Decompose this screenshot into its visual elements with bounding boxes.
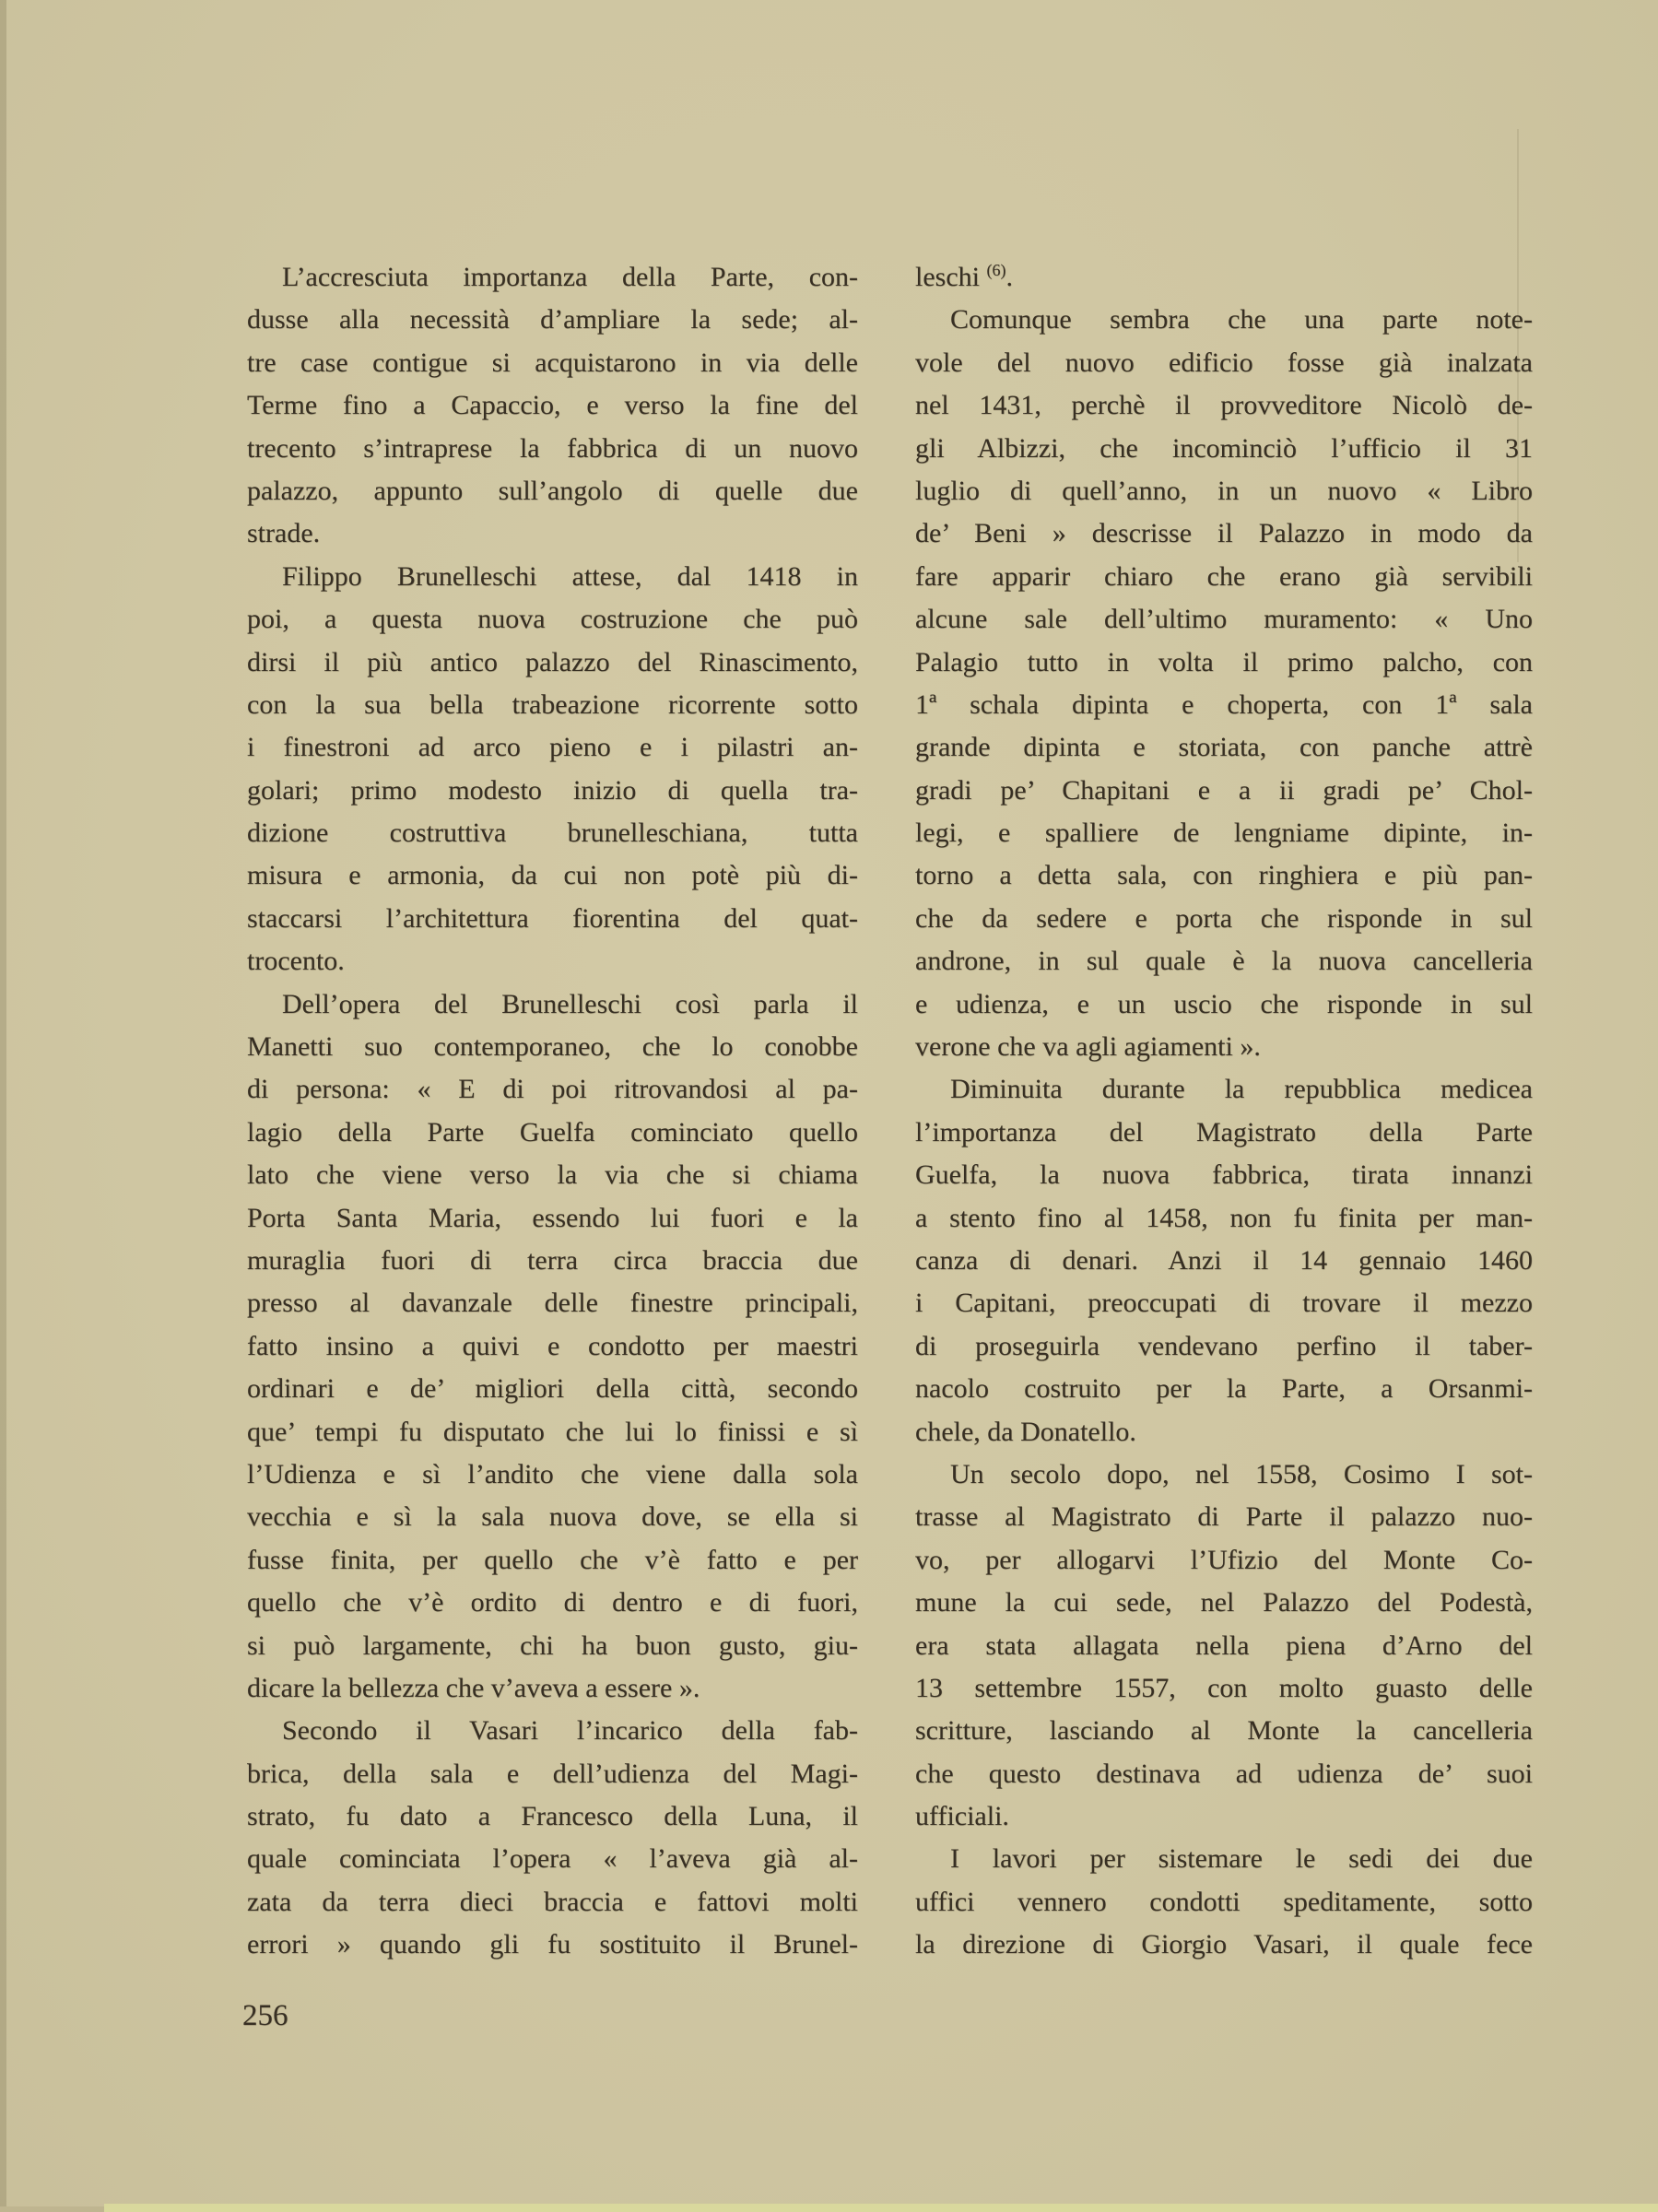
text-line: i finestroni ad arco pieno e i pilastri … (247, 726, 858, 769)
text-line: si può largamente, chi ha buon gusto, gi… (247, 1625, 858, 1667)
text-line: e udienza, e un uscio che risponde in su… (915, 983, 1533, 1026)
text-line: fare apparir chiaro che erano già servib… (915, 556, 1533, 598)
text-line: legi, e spalliere de lengniame dipinte, … (915, 812, 1533, 854)
text-line: trecento s’intraprese la fabbrica di un … (247, 428, 858, 470)
text-line: I lavori per sistemare le sedi dei due (915, 1838, 1533, 1880)
text-column-left: L’accresciuta importanza della Parte, co… (247, 256, 858, 1967)
text-line: fusse finita, per quello che v’è fatto e… (247, 1539, 858, 1582)
text-line: lagio della Parte Guelfa cominciato quel… (247, 1112, 858, 1154)
page-left-edge-shadow (0, 0, 6, 2212)
text-line: poi, a questa nuova costruzione che può (247, 598, 858, 641)
text-line: Porta Santa Maria, essendo lui fuori e l… (247, 1197, 858, 1240)
text-line: Comunque sembra che una parte note- (915, 299, 1533, 341)
text-line: a stento fino al 1458, non fu finita per… (915, 1197, 1533, 1240)
text-line: gli Albizzi, che incominciò l’ufficio il… (915, 428, 1533, 470)
text-line: Un secolo dopo, nel 1558, Cosimo I sot- (915, 1453, 1533, 1496)
text-line: strato, fu dato a Francesco della Luna, … (247, 1795, 858, 1838)
text-line: fatto insino a quivi e condotto per maes… (247, 1325, 858, 1368)
text-line: misura e armonia, da cui non potè più di… (247, 854, 858, 897)
text-line: que’ tempi fu disputato che lui lo finis… (247, 1411, 858, 1453)
text-line: golari; primo modesto inizio di quella t… (247, 770, 858, 812)
page-number: 256 (242, 1997, 288, 2034)
text-line: alcune sale dell’ultimo muramento: « Uno (915, 598, 1533, 641)
text-line: zata da terra dieci braccia e fattovi mo… (247, 1881, 858, 1924)
text-line: quale cominciata l’opera « l’aveva già a… (247, 1838, 858, 1880)
text-line: scritture, lasciando al Monte la cancell… (915, 1710, 1533, 1752)
text-line: di persona: « E di poi ritrovandosi al p… (247, 1068, 858, 1111)
text-line: staccarsi l’architettura fiorentina del … (247, 898, 858, 940)
text-line: Filippo Brunelleschi attese, dal 1418 in (247, 556, 858, 598)
text-line: grande dipinta e storiata, con panche at… (915, 726, 1533, 769)
text-line: vo, per allogarvi l’Ufizio del Monte Co- (915, 1539, 1533, 1582)
text-line: palazzo, appunto sull’angolo di quelle d… (247, 470, 858, 512)
bottom-edge-strip (104, 2204, 1658, 2212)
text-line: Guelfa, la nuova fabbrica, tirata innanz… (915, 1154, 1533, 1196)
text-line: quello che v’è ordito di dentro e di fuo… (247, 1582, 858, 1624)
text-line: nel 1431, perchè il provveditore Nicolò … (915, 384, 1533, 427)
text-line: torno a detta sala, con ringhiera e più … (915, 854, 1533, 897)
text-line: de’ Beni » descrisse il Palazzo in modo … (915, 512, 1533, 555)
text-line: era stata allagata nella piena d’Arno de… (915, 1625, 1533, 1667)
text-line: vecchia e sì la sala nuova dove, se ella… (247, 1496, 858, 1538)
text-line: dicare la bellezza che v’aveva a essere … (247, 1667, 858, 1710)
text-line: leschi (6). (915, 256, 1533, 299)
text-line: la direzione di Giorgio Vasari, il quale… (915, 1924, 1533, 1966)
text-line: androne, in sul quale è la nuova cancell… (915, 940, 1533, 982)
text-line: brica, della sala e dell’udienza del Mag… (247, 1753, 858, 1795)
text-line: presso al davanzale delle finestre princ… (247, 1282, 858, 1324)
text-line: muraglia fuori di terra circa braccia du… (247, 1240, 858, 1282)
text-line: uffici vennero condotti speditamente, so… (915, 1881, 1533, 1924)
text-line: ordinari e de’ migliori della città, sec… (247, 1368, 858, 1410)
text-line: Diminuita durante la repubblica medicea (915, 1068, 1533, 1111)
text-line: strade. (247, 512, 858, 555)
bottom-edge-corner (0, 2206, 104, 2212)
book-page-scan: L’accresciuta importanza della Parte, co… (0, 0, 1658, 2212)
text-line: l’Udienza e sì l’andito che viene dalla … (247, 1453, 858, 1496)
text-line: l’importanza del Magistrato della Parte (915, 1112, 1533, 1154)
text-line: chele, da Donatello. (915, 1411, 1533, 1453)
text-line: verone che va agli agiamenti ». (915, 1026, 1533, 1068)
text-line: che da sedere e porta che risponde in su… (915, 898, 1533, 940)
text-line: i Capitani, preoccupati di trovare il me… (915, 1282, 1533, 1324)
text-line: mune la cui sede, nel Palazzo del Podest… (915, 1582, 1533, 1624)
text-line: nacolo costruito per la Parte, a Orsanmi… (915, 1368, 1533, 1410)
text-line: trasse al Magistrato di Parte il palazzo… (915, 1496, 1533, 1538)
text-line: Dell’opera del Brunelleschi così parla i… (247, 983, 858, 1026)
text-line: trocento. (247, 940, 858, 982)
text-line: dirsi il più antico palazzo del Rinascim… (247, 641, 858, 684)
text-line: tre case contigue si acquistarono in via… (247, 342, 858, 384)
text-line: 13 settembre 1557, con molto guasto dell… (915, 1667, 1533, 1710)
text-line: vole del nuovo edificio fosse già inalza… (915, 342, 1533, 384)
text-line: dizione costruttiva brunelleschiana, tut… (247, 812, 858, 854)
text-line: Palagio tutto in volta il primo palcho, … (915, 641, 1533, 684)
text-line: di proseguirla vendevano perfino il tabe… (915, 1325, 1533, 1368)
text-line: errori » quando gli fu sostituito il Bru… (247, 1924, 858, 1966)
text-line: dusse alla necessità d’ampliare la sede;… (247, 299, 858, 341)
text-column-right: leschi (6).Comunque sembra che una parte… (915, 256, 1533, 1967)
text-line: 1ª schala dipinta e choperta, con 1ª sal… (915, 684, 1533, 726)
text-line: ufficiali. (915, 1795, 1533, 1838)
text-line: che questo destinava ad udienza de’ suoi (915, 1753, 1533, 1795)
text-line: Manetti suo contemporaneo, che lo conobb… (247, 1026, 858, 1068)
text-line: lato che viene verso la via che si chiam… (247, 1154, 858, 1196)
text-line: gradi pe’ Chapitani e a ii gradi pe’ Cho… (915, 770, 1533, 812)
text-line: Terme fino a Capaccio, e verso la fine d… (247, 384, 858, 427)
text-line: L’accresciuta importanza della Parte, co… (247, 256, 858, 299)
text-line: Secondo il Vasari l’incarico della fab- (247, 1710, 858, 1752)
text-line: canza di denari. Anzi il 14 gennaio 1460 (915, 1240, 1533, 1282)
text-line: luglio di quell’anno, in un nuovo « Libr… (915, 470, 1533, 512)
text-line: con la sua bella trabeazione ricorrente … (247, 684, 858, 726)
